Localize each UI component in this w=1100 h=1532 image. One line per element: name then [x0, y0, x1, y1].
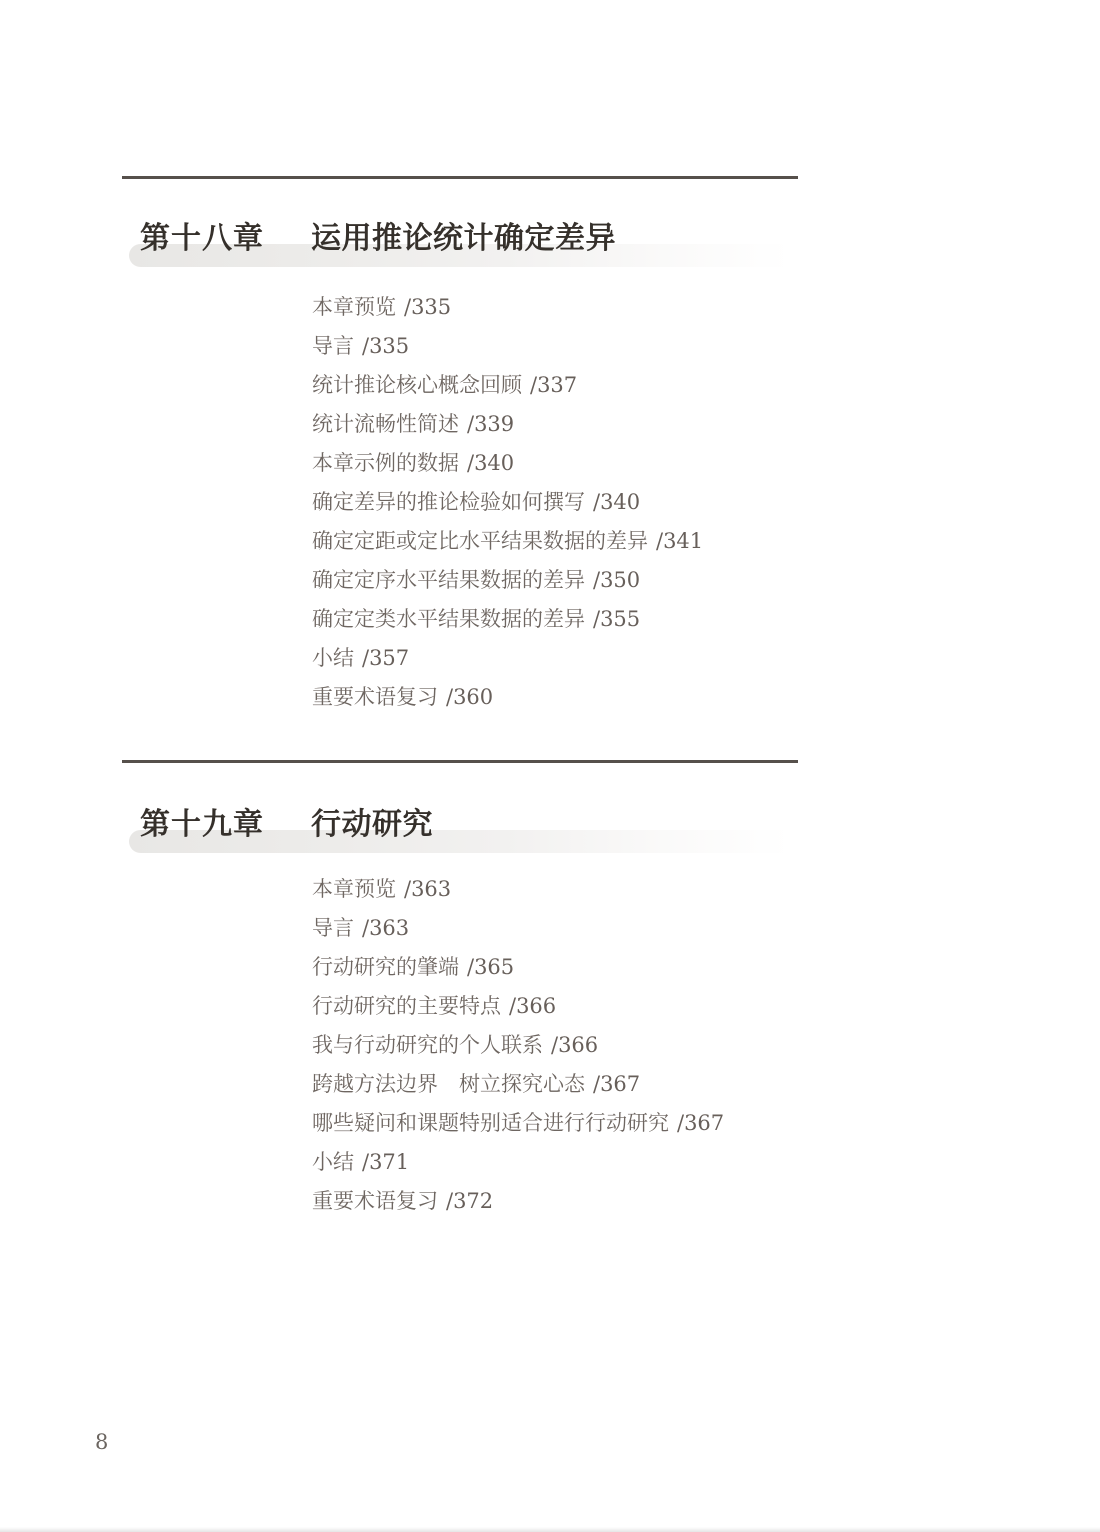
toc-entry-title: 本章预览	[312, 877, 396, 901]
toc-entry-page-ref: /335	[362, 334, 409, 358]
toc-entry-title: 确定定类水平结果数据的差异	[312, 607, 585, 631]
toc-entry-title: 导言	[312, 334, 354, 358]
toc-entry-title: 导言	[312, 916, 354, 940]
toc-entry: 确定定序水平结果数据的差异/350	[312, 561, 703, 600]
toc-entry: 哪些疑问和课题特别适合进行行动研究/367	[312, 1104, 724, 1143]
toc-entry: 我与行动研究的个人联系/366	[312, 1026, 724, 1065]
toc-entry: 本章预览/335	[312, 288, 703, 327]
toc-entry-page-ref: /337	[530, 373, 577, 397]
toc-entry: 跨越方法边界 树立探究心态/367	[312, 1065, 724, 1104]
toc-entry-page-ref: /341	[656, 529, 703, 553]
toc-entry: 确定定距或定比水平结果数据的差异/341	[312, 522, 703, 561]
toc-entry-page-ref: /350	[593, 568, 640, 592]
toc-entry: 行动研究的肇端/365	[312, 948, 724, 987]
toc-entry-page-ref: /340	[593, 490, 640, 514]
toc-entry-title: 确定差异的推论检验如何撰写	[312, 490, 585, 514]
toc-entry-title: 确定定距或定比水平结果数据的差异	[312, 529, 648, 553]
toc-entry-page-ref: /339	[467, 412, 514, 436]
toc-entry: 小结/357	[312, 639, 703, 678]
folio-page-number: 8	[95, 1428, 108, 1456]
toc-entry-page-ref: /360	[446, 685, 493, 709]
toc-entry-page-ref: /335	[404, 295, 451, 319]
toc-entry: 确定定类水平结果数据的差异/355	[312, 600, 703, 639]
toc-entry: 确定差异的推论检验如何撰写/340	[312, 483, 703, 522]
toc-entry-title: 行动研究的肇端	[312, 955, 459, 979]
toc-entry: 重要术语复习/372	[312, 1182, 724, 1221]
toc-entry-title: 行动研究的主要特点	[312, 994, 501, 1018]
toc-entry-page-ref: /371	[362, 1150, 409, 1174]
toc-entry: 重要术语复习/360	[312, 678, 703, 717]
chapter-19-heading: 第十九章 行动研究	[0, 807, 1100, 857]
toc-entry-title: 本章示例的数据	[312, 451, 459, 475]
toc-entry-title: 哪些疑问和课题特别适合进行行动研究	[312, 1111, 669, 1135]
toc-entry: 统计推论核心概念回顾/337	[312, 366, 703, 405]
toc-entry-page-ref: /366	[509, 994, 556, 1018]
chapter-19-title: 行动研究	[311, 807, 433, 843]
toc-entry-page-ref: /367	[593, 1072, 640, 1096]
toc-entry-page-ref: /372	[446, 1189, 493, 1213]
toc-page: 第十八章 运用推论统计确定差异 本章预览/335 导言/335 统计推论核心概念…	[0, 0, 1100, 1532]
toc-entry: 统计流畅性简述/339	[312, 405, 703, 444]
toc-entry-page-ref: /366	[551, 1033, 598, 1057]
toc-entry-title: 跨越方法边界 树立探究心态	[312, 1072, 585, 1096]
toc-entry-title: 小结	[312, 646, 354, 670]
bottom-page-edge-shade	[0, 1527, 1100, 1532]
toc-entry-title: 本章预览	[312, 295, 396, 319]
chapter-18-heading: 第十八章 运用推论统计确定差异	[0, 221, 1100, 271]
toc-entry-title: 重要术语复习	[312, 1189, 438, 1213]
chapter-19-number: 第十九章	[140, 807, 264, 843]
chapter-19-toc-list: 本章预览/363 导言/363 行动研究的肇端/365 行动研究的主要特点/36…	[312, 870, 724, 1221]
top-divider-rule	[122, 176, 798, 179]
toc-entry: 行动研究的主要特点/366	[312, 987, 724, 1026]
chapter-18-title: 运用推论统计确定差异	[311, 221, 616, 257]
toc-entry-title: 我与行动研究的个人联系	[312, 1033, 543, 1057]
chapter-18-number: 第十八章	[140, 221, 264, 257]
toc-entry: 本章预览/363	[312, 870, 724, 909]
toc-entry-page-ref: /357	[362, 646, 409, 670]
toc-entry-title: 统计流畅性简述	[312, 412, 459, 436]
toc-entry-page-ref: /365	[467, 955, 514, 979]
toc-entry-page-ref: /363	[362, 916, 409, 940]
chapter-18-toc-list: 本章预览/335 导言/335 统计推论核心概念回顾/337 统计流畅性简述/3…	[312, 288, 703, 717]
toc-entry: 导言/335	[312, 327, 703, 366]
toc-entry-title: 小结	[312, 1150, 354, 1174]
toc-entry-page-ref: /367	[677, 1111, 724, 1135]
toc-entry-title: 确定定序水平结果数据的差异	[312, 568, 585, 592]
toc-entry-title: 重要术语复习	[312, 685, 438, 709]
toc-entry-title: 统计推论核心概念回顾	[312, 373, 522, 397]
toc-entry-page-ref: /363	[404, 877, 451, 901]
middle-divider-rule	[122, 760, 798, 763]
toc-entry-page-ref: /355	[593, 607, 640, 631]
toc-entry: 本章示例的数据/340	[312, 444, 703, 483]
toc-entry-page-ref: /340	[467, 451, 514, 475]
toc-entry: 小结/371	[312, 1143, 724, 1182]
toc-entry: 导言/363	[312, 909, 724, 948]
